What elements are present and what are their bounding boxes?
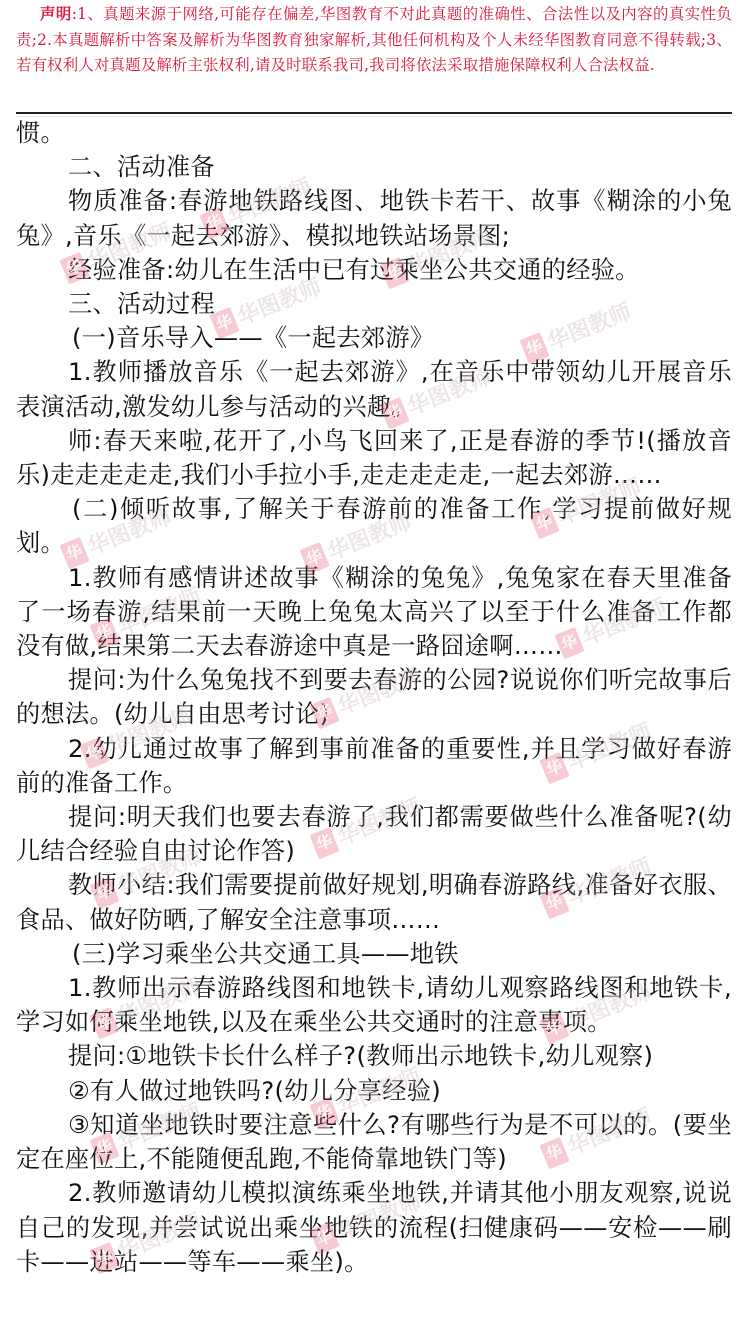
paragraph-question-2: 提问:明天我们也要去春游了,我们都需要做些什么准备呢?(幼儿结合经验自由讨论作答…: [16, 800, 732, 868]
section-heading-preparation: 二、活动准备: [16, 150, 732, 184]
paragraph-question-1: 提问:为什么兔兔找不到要去春游的公园?说说你们听完故事后的想法。(幼儿自由思考讨…: [16, 663, 732, 731]
document-body: 惯。 二、活动准备 物质准备:春游地铁路线图、地铁卡若干、故事《糊涂的小兔兔》,…: [16, 116, 732, 1279]
subsection-heading-story: (二)倾听故事,了解关于春游前的准备工作,学习提前做好规划。: [16, 492, 732, 560]
paragraph-question-experience: ②有人做过地铁吗?(幼儿分享经验): [16, 1074, 732, 1108]
header-divider: [16, 112, 732, 114]
section-heading-process: 三、活动过程: [16, 287, 732, 321]
disclaimer-notice: 声明:1、真题来源于网络,可能存在偏差,华图教育不对此真题的准确性、合法性以及内…: [16, 2, 732, 79]
paragraph-continuation: 惯。: [16, 116, 732, 150]
paragraph-subway-step2: 2.教师邀请幼儿模拟演练乘坐地铁,并请其他小朋友观察,说说自己的发现,并尝试说出…: [16, 1176, 732, 1279]
paragraph-story-step1: 1.教师有感情讲述故事《糊涂的兔兔》,兔兔家在春天里准备了一场春游,结果前一天晚…: [16, 561, 732, 664]
paragraph-experience-prep: 经验准备:幼儿在生活中已有过乘坐公共交通的经验。: [16, 253, 732, 287]
paragraph-music-step1: 1.教师播放音乐《一起去郊游》,在音乐中带领幼儿开展音乐表演活动,激发幼儿参与活…: [16, 355, 732, 423]
paragraph-story-step2: 2.幼儿通过故事了解到事前准备的重要性,并且学习做好春游前的准备工作。: [16, 732, 732, 800]
paragraph-teacher-summary: 教师小结:我们需要提前做好规划,明确春游路线,准备好衣服、食品、做好防晒,了解安…: [16, 868, 732, 936]
disclaimer-label: 声明: [40, 5, 72, 23]
paragraph-question-card: 提问:①地铁卡长什么样子?(教师出示地铁卡,幼儿观察): [16, 1039, 732, 1073]
paragraph-question-rules: ③知道坐地铁时要注意些什么?有哪些行为是不可以的。(要坐定在座位上,不能随便乱跑…: [16, 1108, 732, 1176]
subsection-heading-subway: (三)学习乘坐公共交通工具——地铁: [16, 937, 732, 971]
paragraph-material-prep: 物质准备:春游地铁路线图、地铁卡若干、故事《糊涂的小兔兔》,音乐《一起去郊游》、…: [16, 184, 732, 252]
paragraph-subway-step1: 1.教师出示春游路线图和地铁卡,请幼儿观察路线图和地铁卡,学习如何乘坐地铁,以及…: [16, 971, 732, 1039]
subsection-heading-music: (一)音乐导入——《一起去郊游》: [16, 321, 732, 355]
disclaimer-text: :1、真题来源于网络,可能存在偏差,华图教育不对此真题的准确性、合法性以及内容的…: [16, 5, 732, 74]
paragraph-teacher-line: 师:春天来啦,花开了,小鸟飞回来了,正是春游的季节!(播放音乐)走走走走走,我们…: [16, 424, 732, 492]
